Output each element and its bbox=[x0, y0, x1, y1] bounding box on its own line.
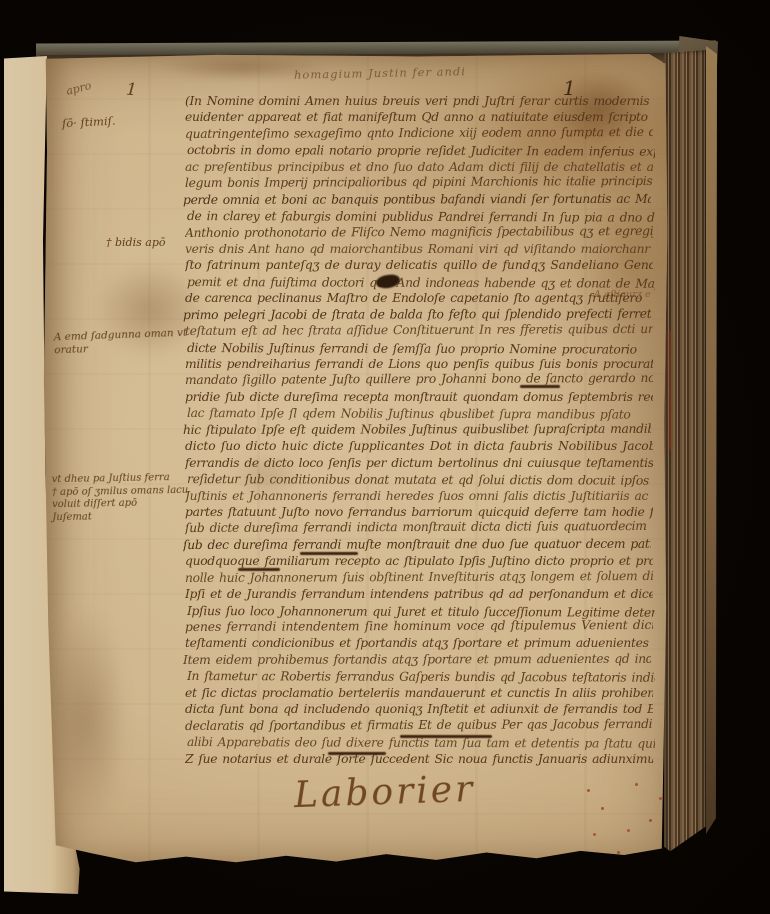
body-text-line: Ipſi et de Jurandis ferrandum intendens … bbox=[185, 586, 653, 602]
body-text-line: teſtatum eſt ad hec ſtrata aſſidue Conſt… bbox=[185, 321, 653, 339]
body-text-line: penes ferrandi intendentem ſine hominum … bbox=[185, 617, 653, 635]
body-text-line: partes ſtatuunt Juſto novo ferrandus bar… bbox=[185, 504, 653, 520]
body-text-line: ſto fatrinum panteſqʒ de duray delicatis… bbox=[185, 257, 653, 273]
body-text-line: In ſtametur ac Robertis ferrandus Gaſper… bbox=[187, 668, 655, 686]
fore-edge-red-stain bbox=[668, 330, 671, 450]
body-text-line: pemit et dna fuiſtima doctori qua And in… bbox=[187, 274, 655, 292]
ink-blot bbox=[375, 273, 401, 289]
margin-numeral: 1 bbox=[126, 84, 138, 98]
body-text-line: Juſtinis et Johannoneris ferrandi herede… bbox=[185, 488, 653, 504]
margin-note-right: A gſtiaurʒ e bbox=[594, 288, 651, 301]
body-text-line: lac ſtamato Ipſe ſl qdem Nobilis Juſtinu… bbox=[187, 405, 655, 423]
folio-number: 1 bbox=[563, 76, 576, 100]
margin-note-squiggle: apro bbox=[65, 79, 93, 98]
margin-note-b: vt dheu pa Juſtius ferra† apō oſ ʒmilus … bbox=[52, 472, 189, 524]
body-text-line: ſub dicte dureſima ferrandi indicta monſ… bbox=[185, 518, 653, 536]
body-text-line: de in clarey et faburgis domini publidus… bbox=[187, 208, 655, 226]
strikethrough-mark bbox=[328, 752, 386, 755]
body-text-line: pridie ſub dicte dureſima recepta monſtr… bbox=[185, 389, 653, 405]
body-text-line: nolle huic Johannonerum ſuis obſtinent I… bbox=[185, 568, 653, 586]
body-text-line: Anthonio prothonotario de Fliſco Nemo ma… bbox=[185, 222, 653, 240]
body-text-line: quatringenteſimo sexageſimo qnto Indicio… bbox=[185, 124, 653, 142]
margin-note-line: oratur bbox=[54, 340, 188, 358]
body-text-line: Z ſue notarius et durale ſorte ſuccedent… bbox=[185, 751, 653, 767]
body-text-line: alibi Apparebatis deo ſud dixere functis… bbox=[187, 734, 655, 752]
body-text-line: primo pelegri Jacobi de ſtrata de balda … bbox=[183, 305, 651, 323]
margin-chapter-mark: † bidis apō bbox=[106, 236, 165, 249]
body-text-line: hic ſtipulato Ipſe eſt quidem Nobiles Ju… bbox=[183, 421, 651, 439]
margin-note-line: vt dheu pa Juſtius ferra bbox=[52, 472, 189, 487]
body-text-line: veris dnis Ant hano qd maiorchantibus Ro… bbox=[185, 241, 653, 257]
page-fore-edge bbox=[664, 50, 708, 853]
manuscript-page: homagium Justin fer andi 1 apro 1 ſō· ſt… bbox=[42, 54, 668, 868]
strikethrough-mark bbox=[238, 568, 280, 571]
body-text-line: perde omnia et boni ac banquis pontibus … bbox=[183, 190, 651, 208]
body-text-line: dicte Nobilis Juſtinus ferrandi de ſemſſ… bbox=[187, 340, 655, 358]
book-cover-right-edge bbox=[706, 46, 717, 842]
bottom-title: Laborier bbox=[293, 769, 476, 816]
margin-note-line: † apō oſ ʒmilus omans lacu bbox=[52, 484, 189, 499]
margin-note-line: Juſemat bbox=[52, 509, 189, 524]
margin-note-a: A emd ſadgunna oman vtoratur bbox=[54, 327, 188, 358]
body-text-line: Ipſius ſuo loco Johannonerum qui Juret e… bbox=[187, 603, 655, 621]
body-text-line: ac preſentibus principibus et dno ſuo da… bbox=[185, 159, 653, 175]
body-text-line: octobris in domo epali notario proprie r… bbox=[187, 142, 655, 160]
margin-note-line: A emd ſadgunna oman vt bbox=[54, 327, 188, 345]
body-text-line: dicta ſunt bona qd includendo quoniqʒ In… bbox=[185, 701, 653, 717]
margin-note-line: voluit diſſert apō bbox=[52, 497, 189, 512]
body-text-line: euidenter appareat et fiat manifeſtum Qd… bbox=[185, 109, 653, 125]
strikethrough-mark bbox=[520, 385, 560, 388]
margin-note-top: ſō· ſtimiſ. bbox=[62, 115, 116, 131]
body-text-line: ſub dec dureſima ferrandi muſte monſtrau… bbox=[183, 536, 651, 554]
body-text-line: quodquoque familiarum recepto ac ſtipula… bbox=[185, 553, 653, 569]
body-text-line: legum bonis Imperij principalioribus qd … bbox=[185, 173, 653, 191]
body-text-line: de carenca peclinanus Maſtro de Endoloſe… bbox=[185, 290, 653, 306]
body-text-line: reſidetur ſub conditionibus donat mutata… bbox=[187, 471, 655, 489]
body-text-line: ferrandis de dicto loco ſenſis per dictu… bbox=[185, 455, 653, 471]
body-text-line: et ſic dictas proclamatio berteleriis ma… bbox=[185, 685, 653, 701]
water-stain-rim bbox=[534, 60, 664, 155]
stain-left-margin bbox=[80, 250, 220, 370]
body-text-line: declaratis qd ſportandibus et firmatis E… bbox=[185, 716, 653, 734]
body-text-line: Item eidem prohibemus fortandis atqʒ ſpo… bbox=[183, 651, 651, 669]
body-text-line: mandato ſigillo patente Juſto quillere p… bbox=[185, 370, 653, 388]
header-inscription: homagium Justin fer andi bbox=[294, 64, 466, 82]
body-text-line: teſtamenti condicionibus et ſportandis a… bbox=[185, 635, 653, 651]
stain-center bbox=[222, 446, 312, 506]
body-text-block: (In Nomine domini Amen huius breuis veri… bbox=[185, 93, 653, 771]
body-text-line: (In Nomine domini Amen huius breuis veri… bbox=[185, 93, 653, 109]
red-ink-speckles bbox=[587, 789, 590, 792]
photograph-background: homagium Justin fer andi 1 apro 1 ſō· ſt… bbox=[0, 0, 770, 914]
strikethrough-mark bbox=[400, 735, 492, 738]
body-text-line: militis pendreiharius ferrandi de Lions … bbox=[185, 356, 653, 372]
body-text-line: dicto ſuo dicto huic dicte ſupplicantes … bbox=[185, 438, 653, 454]
strikethrough-mark bbox=[300, 552, 358, 555]
